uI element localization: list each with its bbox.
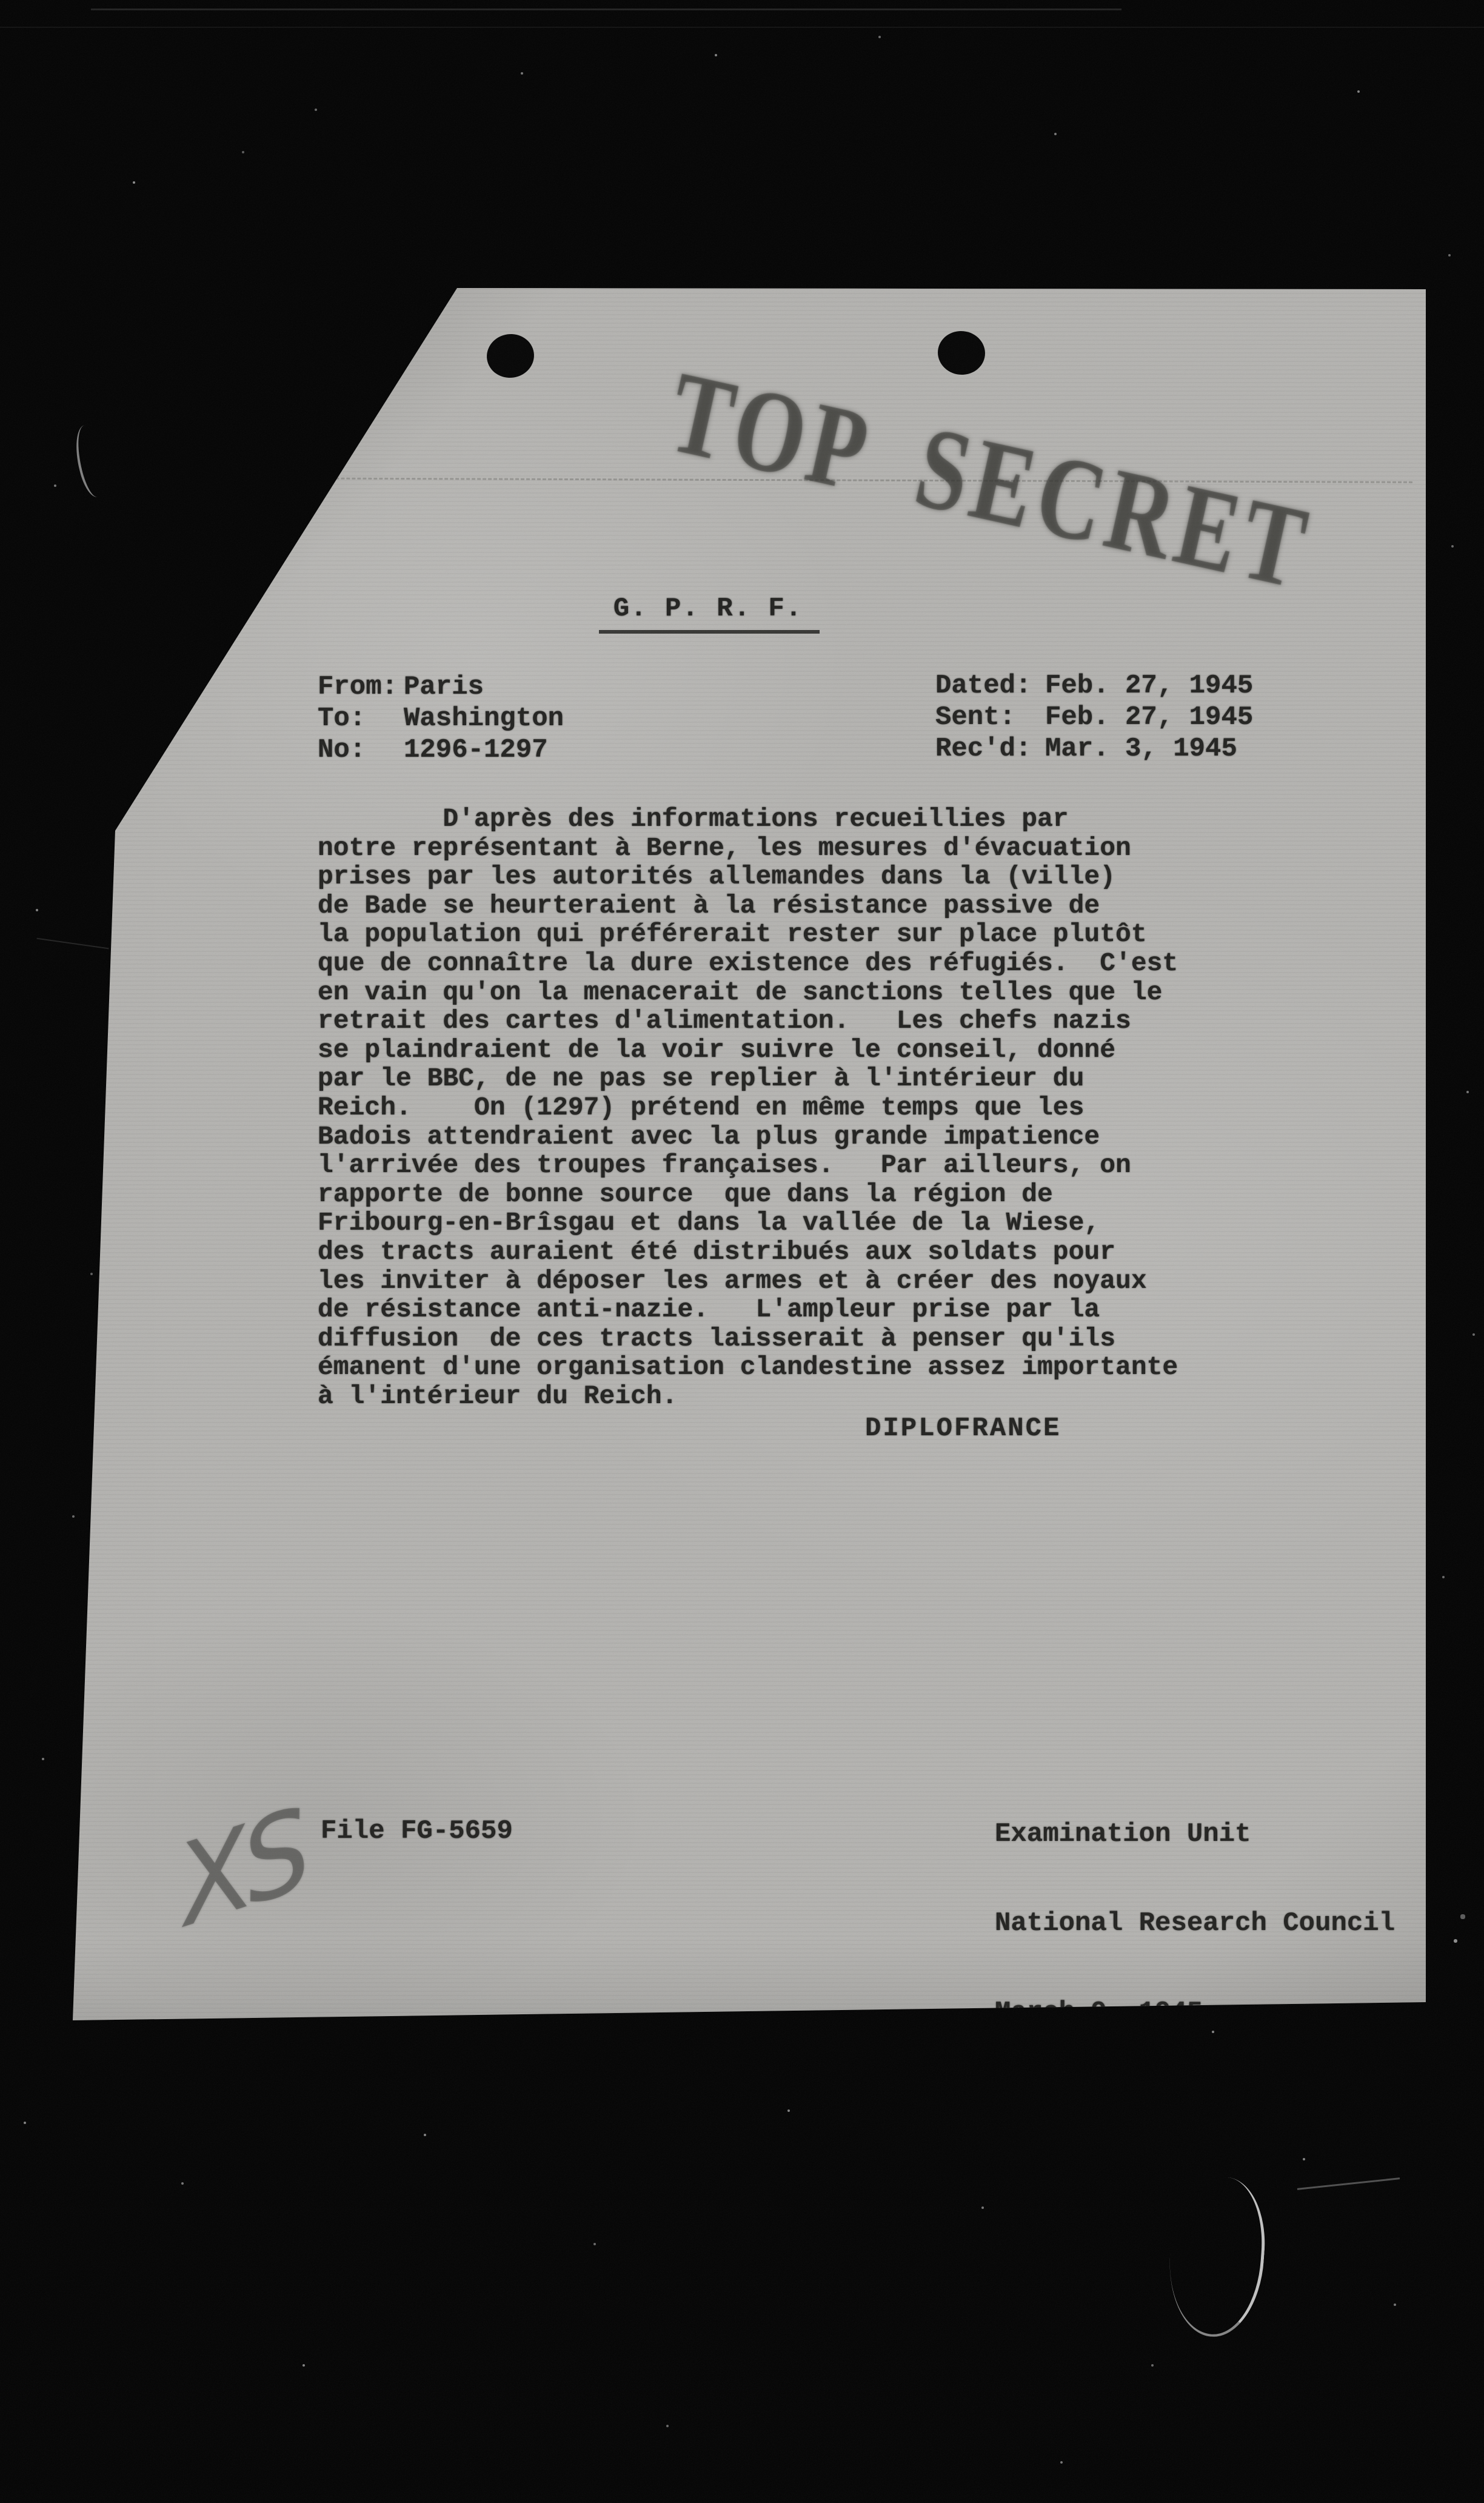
dust-specks: [0, 0, 1, 1]
routing-block: From: Paris To: Washington No: 1296-1297: [318, 671, 564, 766]
handwritten-note: XS: [169, 1786, 314, 1952]
received-label: Rec'd:: [935, 733, 1045, 765]
scanned-document-page: TOP SECRET G. P. R. F. From: Paris To: W…: [0, 0, 1484, 2503]
file-number: File FG-5659: [321, 1816, 513, 1846]
sent-row: Sent: Feb. 27, 1945: [935, 702, 1253, 733]
number-value: 1296-1297: [404, 734, 548, 766]
scan-streak: [36, 938, 109, 950]
scratch-mark-top-left: [69, 422, 113, 499]
to-row: To: Washington: [318, 703, 564, 734]
message-body: D'après des informations recueillies par…: [318, 805, 1300, 1410]
to-value: Washington: [404, 703, 564, 734]
to-label: To:: [318, 703, 404, 734]
received-value: Mar. 3, 1945: [1045, 733, 1237, 765]
examination-unit-line: March 9, 1945: [995, 1998, 1395, 2028]
top-secret-stamp: TOP SECRET: [660, 354, 1321, 609]
heading-underlined-text: G. P. R. F.: [599, 594, 820, 634]
examination-unit-line: National Research Council: [995, 1909, 1395, 1938]
dated-row: Dated: Feb. 27, 1945: [935, 670, 1253, 702]
scan-streak: [91, 8, 1121, 10]
received-row: Rec'd: Mar. 3, 1945: [935, 733, 1253, 765]
punch-hole-right: [935, 329, 987, 377]
number-row: No: 1296-1297: [318, 734, 564, 766]
examination-unit-block: Examination Unit National Research Counc…: [995, 1760, 1395, 2087]
from-label: From:: [318, 671, 404, 703]
scratch-mark-bottom-right-tail: [1297, 2177, 1400, 2196]
dated-label: Dated:: [935, 670, 1045, 702]
signature: DIPLOFRANCE: [865, 1413, 1061, 1444]
dates-block: Dated: Feb. 27, 1945 Sent: Feb. 27, 1945…: [935, 670, 1253, 765]
document-heading: G. P. R. F.: [585, 594, 834, 634]
scan-streak: [0, 27, 1484, 28]
from-value: Paris: [404, 671, 484, 703]
sent-label: Sent:: [935, 702, 1045, 733]
examination-unit-line: Examination Unit: [995, 1820, 1395, 1849]
paper-sheet: TOP SECRET G. P. R. F. From: Paris To: W…: [67, 276, 1431, 2028]
number-label: No:: [318, 734, 404, 766]
from-row: From: Paris: [318, 671, 564, 703]
punch-hole-left: [484, 331, 536, 381]
scratch-mark-bottom-right: [1165, 2174, 1269, 2340]
dated-value: Feb. 27, 1945: [1045, 670, 1253, 702]
sent-value: Feb. 27, 1945: [1045, 702, 1253, 733]
